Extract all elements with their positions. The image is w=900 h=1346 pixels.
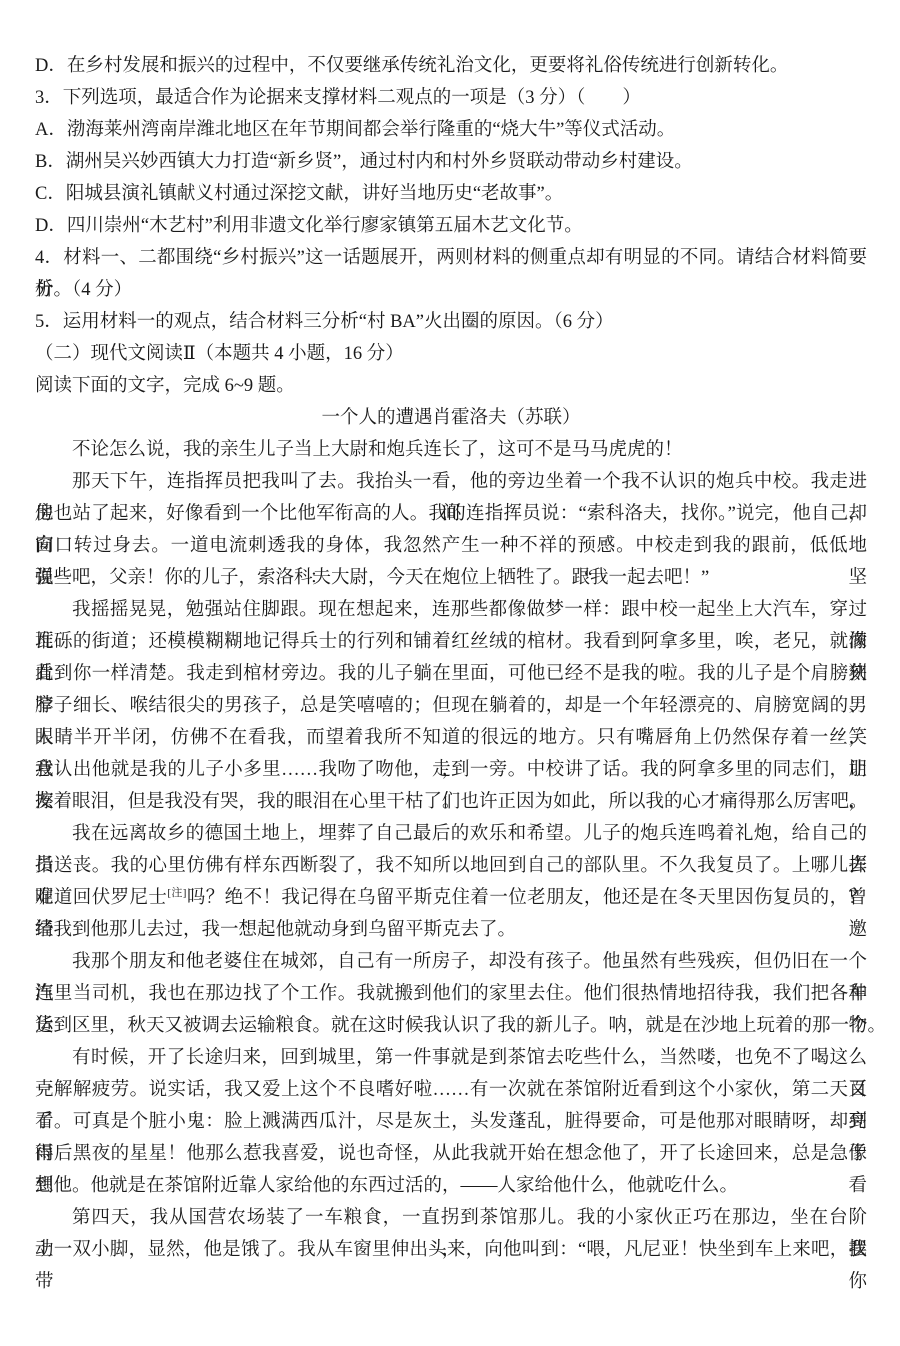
text-line: 那天下午，连指挥员把我叫了去。我抬头一看，他的旁边坐着一个我不认识的炮兵中校。我… — [35, 466, 867, 498]
text-line: 擦着眼泪，但是我没有哭，我的眼泪在心里干枯了。也许正因为如此，所以我的心才痛得那… — [35, 786, 867, 818]
text-line: A．渤海莱州湾南岸潍北地区在年节期间都会举行隆重的“烧大牛”等仪式活动。 — [35, 114, 867, 146]
text-line: （二）现代文阅读Ⅱ（本题共 4 小题，16 分） — [35, 338, 867, 370]
text-line: 雨后黑夜的星星！他那么惹我喜爱，说也奇怪，从此我就开始在想念他了，开了长途回来，… — [35, 1138, 867, 1170]
text-line: 5．运用材料一的观点，结合材料三分析“村 BA”火出圈的原因。（6 分） — [35, 306, 867, 338]
text-line: 我摇摇晃晃，勉强站住脚跟。现在想起来，连那些都像做梦一样：跟中校一起坐上大汽车，… — [35, 594, 867, 626]
text-line: 员送丧。我的心里仿佛有样东西断裂了，我不知所以地回到自己的部队里。不久我复员了。… — [35, 850, 867, 882]
text-line: 动一双小脚，显然，他是饿了。我从车窗里伸出头来，向他叫到：“喂，凡尼亚！快坐到车… — [35, 1234, 867, 1266]
text-line: 我那个朋友和他老婆住在城郊，自己有一所房子，却没有孩子。他虽然有些残疾，但仍旧在… — [35, 946, 867, 978]
text-line: 瓦砾的街道；还模模糊糊地记得兵士的行列和铺着红丝绒的棺材。我看到阿拿多里，唉，老… — [35, 626, 867, 658]
text-line: 阅读下面的文字，完成 6~9 题。 — [35, 370, 867, 402]
text-line: 了。可真是个脏小鬼：脸上溅满西瓜汁，尽是灰土，头发蓬乱，脏得要命，可是他那对眼睛… — [35, 1106, 867, 1138]
text-line: 我在远离故乡的德国土地上，埋葬了自己最后的欢乐和希望。儿子的炮兵连鸣着礼炮，给自… — [35, 818, 867, 850]
text-line: C．阳城县演礼镇献义村通过深挖文献，讲好当地历史“老故事”。 — [35, 178, 867, 210]
text-line: 析。（4 分） — [35, 274, 867, 306]
text-line: 窗口转过身去。一道电流刺透我的身体，我忽然产生一种不祥的预感。中校走到我的跟前，… — [35, 530, 867, 562]
footnote-marker: [注] — [167, 887, 186, 899]
text-line: D．四川崇州“木艺村”利用非遗文化举行廖家镇第五届木艺文化节。 — [35, 210, 867, 242]
text-line: 我认出他就是我的儿子小多里……我吻了吻他，走到一旁。中校讲了话。我的阿拿多里的同… — [35, 754, 867, 786]
text-line: 他也站了起来，好像看到一个比他军衔高的人。我的连指挥员说：“索科洛夫，找你。”说… — [35, 498, 867, 530]
text-line: D．在乡村发展和振兴的过程中，不仅要继承传统礼治文化，更要将礼俗传统进行创新转化… — [35, 50, 867, 82]
text-line: 看到你一样清楚。我走到棺材旁边。我的儿子躺在里面，可他已经不是我的啦。我的儿子是… — [35, 658, 867, 690]
text-line: 脖子细长、喉结很尖的男孩子，总是笑嘻嘻的；但现在躺着的，却是一个年轻漂亮的、肩膀… — [35, 690, 867, 722]
text-line: 克解解疲劳。说实话，我又爱上这个不良嗜好啦……有一次就在茶馆附近看到这个小家伙，… — [35, 1074, 867, 1106]
text-line: 有时候，开了长途归来，回到城里，第一件事就是到茶馆去吃些什么，当然喽，也免不了喝… — [35, 1042, 867, 1074]
text-segment: 难道回伏罗尼士 — [35, 888, 167, 908]
text-line: 连里当司机，我也在那边找了个工作。我就搬到他们的家里去住。他们很热情地招待我，我… — [35, 978, 867, 1010]
text-line: 3．下列选项，最适合作为论据来支撑材料二观点的一项是（3 分）（ ） — [35, 82, 867, 114]
text-line: 第四天，我从国营农场装了一车粮食，一直拐到茶馆那儿。我的小家伙正巧在那边，坐在台… — [35, 1202, 867, 1234]
text-line: 难道回伏罗尼士[注]吗？绝不！我记得在乌留平斯克住着一位老朋友，他还是在冬天里因… — [35, 882, 867, 914]
text-line: 运到区里，秋天又被调去运输粮食。就在这时候我认识了我的新儿子。呐，就是在沙地上玩… — [35, 1010, 867, 1042]
document-page: D．在乡村发展和振兴的过程中，不仅要继承传统礼治文化，更要将礼俗传统进行创新转化… — [0, 0, 900, 1346]
passage-title: 一个人的遭遇肖霍洛夫（苏联） — [35, 402, 867, 434]
text-line: 眼睛半开半闭，仿佛不在看我，而望着我所不知道的很远的地方。只有嘴唇角上仍然保存着… — [35, 722, 867, 754]
text-line: 4．材料一、二都围绕“乡村振兴”这一话题展开，两则材料的侧重点却有明显的不同。请… — [35, 242, 867, 274]
document-text: D．在乡村发展和振兴的过程中，不仅要继承传统礼治文化，更要将礼俗传统进行创新转化… — [35, 50, 867, 1266]
text-line: B．湖州吴兴妙西镇大力打造“新乡贤”，通过村内和村外乡贤联动带动乡村建设。 — [35, 146, 867, 178]
text-line: 不论怎么说，我的亲生儿子当上大尉和炮兵连长了，这可不是马马虎虎的！ — [35, 434, 867, 466]
